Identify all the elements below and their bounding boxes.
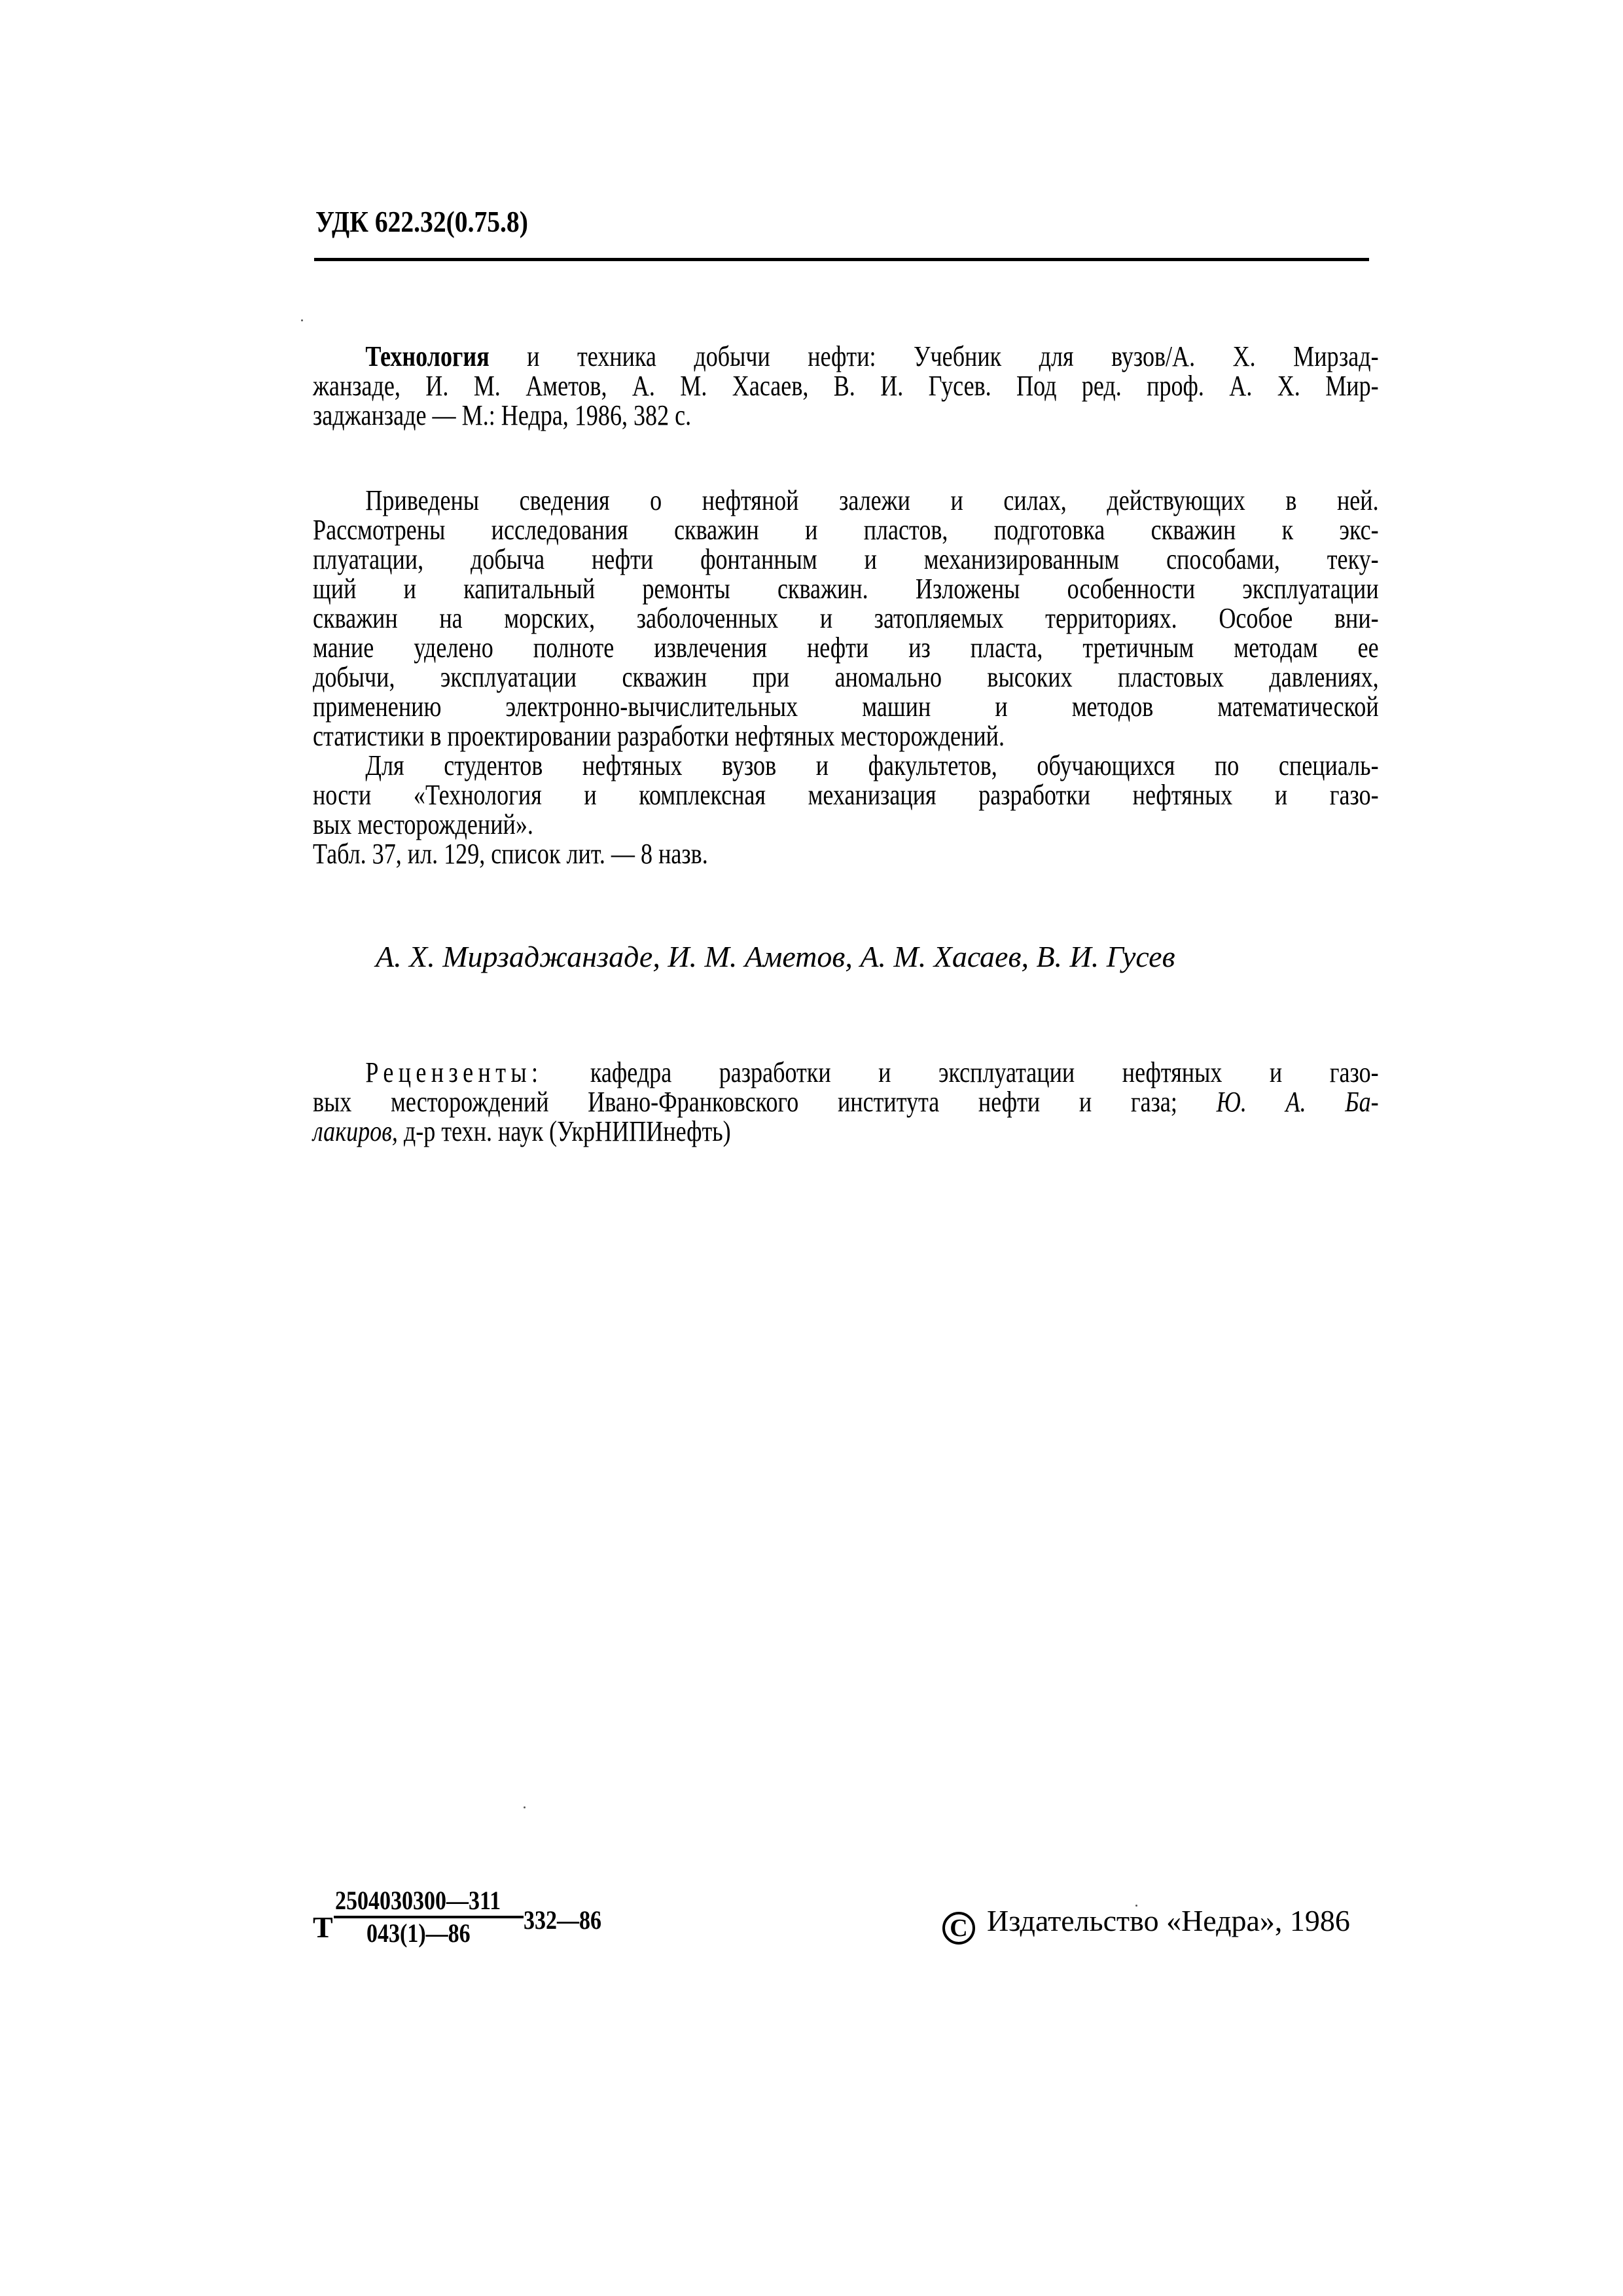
stats-line: Табл. 37, ил. 129, список лит. — 8 назв. (313, 839, 1379, 869)
scan-speck (301, 319, 303, 321)
reviewers: Рецензенты: кафедра разработки и эксплуа… (313, 1058, 1378, 1146)
index-numerator: 2504030300—311 (335, 1885, 501, 1916)
audience-line: вых месторождений». (313, 810, 1379, 839)
scan-speck (524, 1806, 526, 1808)
scan-speck (1135, 1905, 1137, 1907)
udk-code: УДК 622.32(0.75.8) (315, 204, 528, 239)
abstract-line: щий и капитальный ремонты скважин. Излож… (313, 574, 1379, 603)
abstract-line: статистики в проектировании разработки н… (313, 721, 1379, 751)
abstract-line: Рассмотрены исследования скважин и пласт… (313, 515, 1379, 545)
audience-line: Для студентов нефтяных вузов и факультет… (313, 751, 1379, 780)
abstract-line: добычи, эксплуатации скважин при аномаль… (313, 662, 1379, 692)
authors-line: А. Х. Мирзаджанзаде, И. М. Аметов, А. М.… (376, 939, 1175, 974)
audience-line: ности «Технология и комплексная механиза… (313, 780, 1379, 810)
index-suffix: 332—86 (524, 1905, 601, 1935)
reviewers-label: Рецензенты: (365, 1056, 543, 1088)
publication-index: Т 2504030300—311 043(1)—86 332—86 (313, 1885, 679, 1957)
reviewers-line-3: лакиров, д-р техн. наук (УкрНИПИнефть) (313, 1117, 1379, 1146)
bib-line-3: заджанзаде — М.: Недра, 1986, 382 с. (313, 401, 1379, 430)
index-denominator: 043(1)—86 (366, 1918, 471, 1948)
copyright-icon: C (942, 1912, 975, 1945)
bib-title-bold: Технология (365, 340, 489, 372)
abstract-line: применению электронно-вычислительных маш… (313, 692, 1379, 721)
abstract-line: плуатации, добыча нефти фонтанным и меха… (313, 545, 1379, 574)
bib-line-1: Технология и техника добычи нефти: Учебн… (313, 342, 1379, 371)
reviewers-line-2: вых месторождений Ивано-Франковского инс… (313, 1087, 1379, 1117)
abstract-line: скважин на морских, заболоченных и затоп… (313, 603, 1379, 633)
bibliographic-record: Технология и техника добычи нефти: Учебн… (313, 342, 1378, 430)
copyright-text: Издательство «Недра», 1986 (987, 1904, 1350, 1937)
copyright-notice: CИздательство «Недра», 1986 (942, 1903, 1350, 1945)
abstract-line: мание уделено полноте извлечения нефти и… (313, 633, 1379, 662)
index-prefix: Т (313, 1910, 333, 1945)
abstract-line: Приведены сведения о нефтяной залежи и с… (313, 486, 1379, 515)
header-rule (314, 258, 1369, 261)
abstract: Приведены сведения о нефтяной залежи и с… (313, 486, 1378, 869)
bib-line-2: жанзаде, И. М. Аметов, А. М. Хасаев, В. … (313, 371, 1379, 401)
book-imprint-page: УДК 622.32(0.75.8) Технология и техника … (0, 0, 1623, 2296)
reviewers-line-1: Рецензенты: кафедра разработки и эксплуа… (313, 1058, 1379, 1087)
